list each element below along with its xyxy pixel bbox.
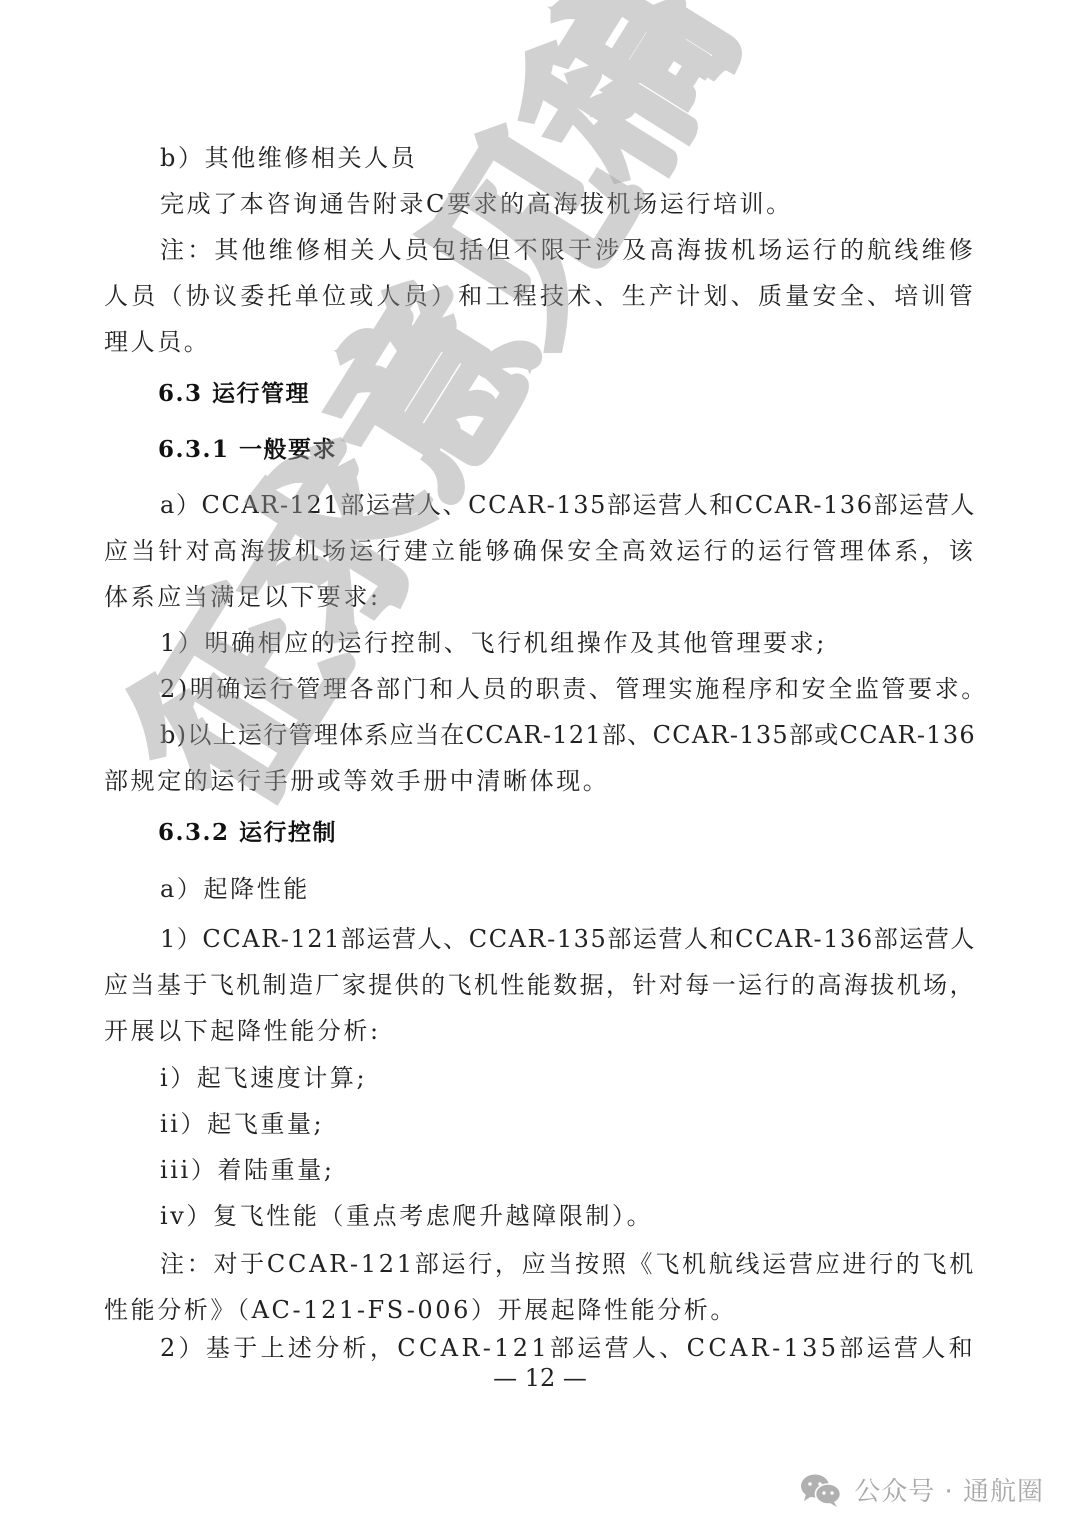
text-line: 体系应当满足以下要求: [104,582,381,612]
text-line: 注：对于CCAR-121部运行，应当按照《飞机航线运营应进行的飞机 [160,1249,976,1279]
text-line: 注：其他维修相关人员包括但不限于涉及高海拔机场运行的航线维修 [160,235,976,265]
text-line: 应当基于飞机制造厂家提供的飞机性能数据，针对每一运行的高海拔机场， [104,970,976,1000]
section-heading: 6.3.1 一般要求 [158,435,337,465]
text-line: 开展以下起降性能分析: [104,1016,381,1046]
text-line: 理人员。 [104,327,210,357]
text-line: 应当针对高海拔机场运行建立能够确保安全高效运行的运行管理体系，该 [104,536,976,566]
section-heading: 6.3 运行管理 [158,379,310,409]
text-line: iv）复飞性能（重点考虑爬升越障限制）。 [160,1201,653,1231]
text-line: b）其他维修相关人员 [160,143,417,173]
text-line: 部规定的运行手册或等效手册中清晰体现。 [104,766,609,796]
text-line: 完成了本咨询通告附录C要求的高海拔机场运行培训。 [160,189,793,219]
text-line: 1）CCAR-121部运营人、CCAR-135部运营人和CCAR-136部运营人 [160,924,976,954]
text-line: ii）起飞重量; [160,1109,324,1139]
text-line: 1）明确相应的运行控制、飞行机组操作及其他管理要求; [160,628,827,658]
text-line: 2）基于上述分析，CCAR-121部运营人、CCAR-135部运营人和 [160,1333,976,1363]
text-line: 人员（协议委托单位或人员）和工程技术、生产计划、质量安全、培训管 [104,281,976,311]
text-line: a）起降性能 [160,874,310,904]
text-line: i）起飞速度计算; [160,1063,367,1093]
wechat-icon [800,1473,842,1507]
text-line: 性能分析》（AC-121-FS-006）开展起降性能分析。 [104,1295,737,1325]
section-heading: 6.3.2 运行控制 [158,818,337,848]
text-line: iii）着陆重量; [160,1155,335,1185]
text-line: a）CCAR-121部运营人、CCAR-135部运营人和CCAR-136部运营人 [160,490,976,520]
document-page: b）其他维修相关人员完成了本咨询通告附录C要求的高海拔机场运行培训。注：其他维修… [0,0,1080,1527]
draft-watermark: 征求意见稿 [60,0,779,845]
page-number: — 12 — [0,1363,1080,1393]
footer-brand: 公众号 · 通航圈 [800,1471,1044,1508]
text-line: 2)明确运行管理各部门和人员的职责、管理实施程序和安全监管要求。 [160,674,988,704]
footer-brand-text: 公众号 · 通航圈 [854,1471,1044,1508]
text-line: b)以上运行管理体系应当在CCAR-121部、CCAR-135部或CCAR-13… [160,720,976,750]
